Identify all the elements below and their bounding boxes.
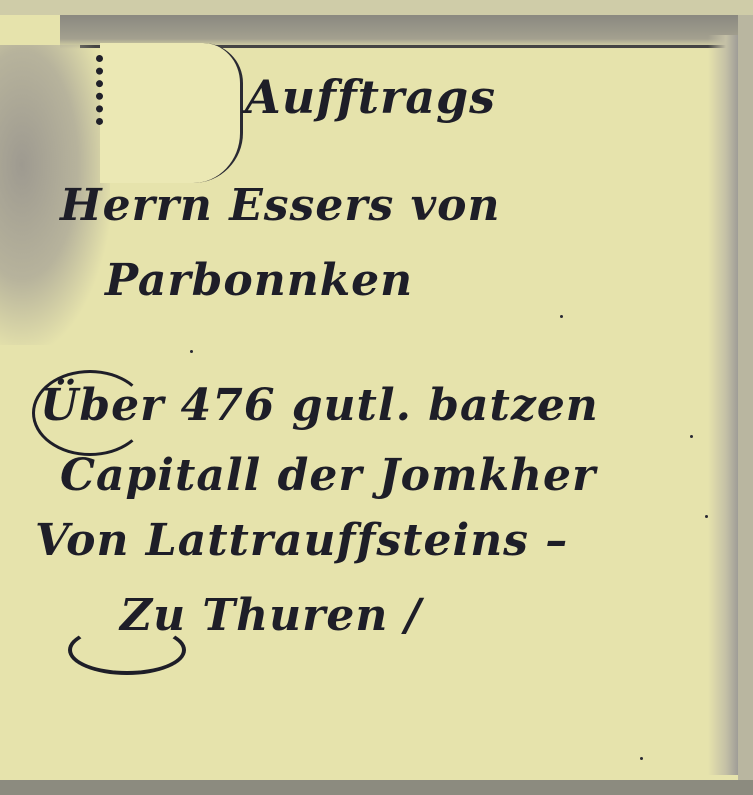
ink-speck — [705, 515, 708, 518]
text-line-4: Über 476 gutl. batzen — [40, 380, 599, 431]
decorative-flourish-icon — [96, 55, 111, 125]
ink-speck — [560, 315, 563, 318]
ink-speck — [640, 757, 643, 760]
closing-flourish-icon — [68, 625, 186, 675]
blank-cartouche — [100, 43, 243, 183]
manuscript-page: Aufftrags Herrn Essers von Parbonnken Üb… — [0, 15, 738, 780]
heading-line: Aufftrags — [245, 70, 496, 124]
ink-speck — [190, 350, 193, 353]
frame-top-bevel — [0, 0, 753, 15]
right-stain — [708, 35, 738, 775]
frame-bottom-bevel — [0, 780, 753, 795]
text-line-6: Von Lattrauffsteins – — [35, 515, 568, 566]
text-line-5: Capitall der Jomkher — [60, 450, 596, 501]
frame-right-bevel — [738, 15, 753, 795]
ink-speck — [690, 435, 693, 438]
text-line-2: Herrn Essers von — [60, 180, 501, 231]
text-line-3: Parbonnken — [105, 255, 413, 306]
